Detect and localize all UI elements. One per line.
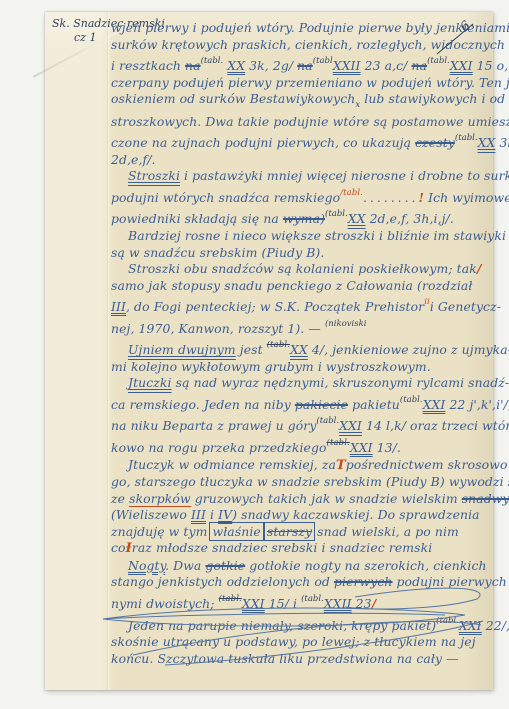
text-segment-under: XXI <box>459 618 482 633</box>
text-segment: pośrednictwem skrosowo lepsze- <box>346 457 509 472</box>
text-segment-under: XX <box>227 58 245 73</box>
text-segment-under: XXI <box>242 596 265 611</box>
text-segment: są w snadźcu srebskim (Piudy B). <box>111 245 324 260</box>
text-segment-under: XX <box>478 135 496 150</box>
text-segment: 2d,e,f, 3h,i,j/. <box>366 211 454 226</box>
manuscript-line: III, do Fogi penteckiej; w S.K. Początek… <box>111 294 485 316</box>
text-segment: pakietu <box>348 397 400 412</box>
text-segment: 3k, 2g/ <box>245 58 297 73</box>
text-segment: stroszkowych. Dwa takie podujnie wtóre s… <box>111 114 509 129</box>
text-segment: 15 o,p/. Wy- <box>473 58 509 73</box>
text-segment-under: XXI <box>339 418 362 433</box>
manuscript-line: Stroszki obu snadźców są kolanieni poski… <box>111 261 485 278</box>
manuscript-line: Bardziej rosne i nieco większe stroszki … <box>111 228 485 245</box>
text-segment-supstrike: (tabl. <box>267 340 290 350</box>
manuscript-line: Jtuczyk w odmiance remskiej, zaTpośredni… <box>111 457 485 475</box>
text-segment-under: XXII <box>333 58 361 73</box>
text-segment: (Wieliszewo <box>111 507 191 522</box>
text-segment: snad wielski, a po nim <box>313 524 459 539</box>
text-segment-under: XX <box>348 211 366 226</box>
manuscript-line: końcu. Szczytowa tuskuła liku przedstwio… <box>111 651 485 668</box>
text-segment-strike: pakiecie <box>295 397 348 412</box>
text-segment: oskieniem od surków Bestawiykowych <box>111 91 355 106</box>
text-segment-sup: (tabl. <box>436 616 459 626</box>
manuscript-line: Jtuczki są nad wyraz nędznymi, skruszony… <box>111 375 485 392</box>
text-segment: czone na zujnach podujni pierwych, co uk… <box>111 135 415 150</box>
text-segment: podujni wtórych snadźca remskiego <box>111 190 340 205</box>
text-segment: 23 a,c/ <box>361 58 412 73</box>
text-segment: 23 <box>352 596 372 611</box>
text-segment: Ich wyimowe od- <box>424 190 509 205</box>
text-segment-under: Ujniem dwujnym <box>128 342 236 357</box>
manuscript-line: nymi dwoistych; (tabl.XXI 15/ i (tabl.XX… <box>111 591 485 613</box>
text-segment: kowo na rogu przeka przedzkiego <box>111 440 327 455</box>
manuscript-line: czone na zujnach podujni pierwych, co uk… <box>111 130 485 152</box>
manuscript-line: są w snadźcu srebskim (Piudy B). <box>111 245 485 262</box>
text-segment-strike: wyma) <box>283 211 325 226</box>
text-segment-supstrike: (tabl. <box>327 438 350 448</box>
text-segment: i Genetycz- <box>430 299 501 314</box>
text-segment: go, starszego tłuczyka w snadzie srebski… <box>111 474 509 489</box>
text-segment-strike: snadwy <box>462 491 509 506</box>
manuscript-line: Nogty. Dwa gotkie gotłokie nogty na szer… <box>111 558 485 575</box>
manuscript-line: Jeden na parupie niemały, szeroki, krępy… <box>111 613 485 635</box>
manuscript-line: kowo na rogu przeka przedzkiego(tabl.XXI… <box>111 435 485 457</box>
text-segment: gruzowych takich jak w snadzie wielskim <box>191 491 462 506</box>
text-segment: ze <box>111 491 129 506</box>
scanned-manuscript-screenshot: { "document": { "colors": { "paper": "#e… <box>0 0 509 709</box>
text-segment: gotłokie nogty na szerokich, cienkich <box>245 558 486 573</box>
text-segment: samo jak stopusy snadu penckiego z Całow… <box>111 278 473 293</box>
text-segment: , do Fogi penteckiej; w S.K. Początek Pr… <box>126 299 424 314</box>
manuscript-line: czerpany podujeń pierwy przemieniano w p… <box>111 75 485 92</box>
text-segment-sup: (tabl. <box>325 209 348 219</box>
text-segment-under: III <box>111 299 126 314</box>
manuscript-line: Stroszki i pastawżyki mniej więcej niero… <box>111 168 485 185</box>
text-segment-redmark: T <box>336 458 346 473</box>
manuscript-line: stango jenkistych oddzielonych od pierwy… <box>111 574 485 591</box>
text-segment: 4/, jenkieniowe zujno z ujmyka- <box>308 342 509 357</box>
text-segment: podujni pierwych <box>392 574 506 589</box>
manuscript-line: podujni wtórych snadźca remskiego/tabl..… <box>111 185 485 207</box>
manuscript-line: znajduję w tym właśnie starszy snad wiel… <box>111 524 485 541</box>
text-segment: na niku Beparta z prawej u góry <box>111 418 316 433</box>
text-segment: znajduję w tym <box>111 524 211 539</box>
text-segment: czerpany podujeń pierwy przemieniano w p… <box>111 75 509 90</box>
text-segment-box: właśnie <box>211 524 261 539</box>
text-segment: nej, 1970, Kanwon, rozszyt 1). — <box>111 321 325 336</box>
manuscript-line: coƗraz młodsze snadziec srebski i snadzi… <box>111 540 485 558</box>
manuscript-line: wjeń pierwy i podujeń wtóry. Podujnie pi… <box>111 20 485 37</box>
manuscript-line: skośnie utrącany u podstawy, po lewej; z… <box>111 634 485 651</box>
text-segment: i resztkach <box>111 58 185 73</box>
manuscript-line: powiedniki składają się na wyma)(tabl.XX… <box>111 206 485 228</box>
text-segment: są nad wyraz nędznymi, skruszonymi rylca… <box>172 375 509 390</box>
manuscript-line: mi kolejno wykłotowym grubym i wystroszk… <box>111 359 485 376</box>
text-segment: surków krętowych praskich, cienkich, roz… <box>111 37 509 52</box>
text-segment-sup: (tabl. <box>455 133 478 143</box>
manuscript-line: i resztkach na(tabl. XX 3k, 2g/ na(tablX… <box>111 53 485 75</box>
text-segment: 13/. <box>373 440 401 455</box>
text-segment-red: / <box>372 596 377 611</box>
text-segment: ca remskiego. Jeden na niby <box>111 397 295 412</box>
text-segment: końcu. Szczytowa tuskuła liku przedstwio… <box>111 651 446 666</box>
manuscript-line: go, starszego tłuczyka w snadzie srebski… <box>111 474 485 491</box>
text-segment: 2d,e,f/. <box>111 152 156 167</box>
text-segment-under: Nogty <box>128 558 165 573</box>
manuscript-page: Sk. Snadziec remski cz 1 6. wjeń pierwy … <box>45 12 493 690</box>
text-segment: co <box>111 540 126 555</box>
text-segment-red: / <box>477 261 482 276</box>
text-segment-under: XXII <box>324 596 352 611</box>
text-segment: lub stawiykowych i od <box>360 91 505 106</box>
manuscript-line: stroszkowych. Dwa takie podujnie wtóre s… <box>111 114 485 131</box>
text-segment: nymi dwoistych; <box>111 596 219 611</box>
text-segment: Stroszki obu snadźców są kolanieni poski… <box>128 261 477 276</box>
text-segment: 3h,i,j, <box>495 135 509 150</box>
text-segment-sup: (nikoviski <box>325 319 367 329</box>
text-segment: 14 l,k/ oraz trzeci wtór- <box>362 418 509 433</box>
text-segment-sup: (tabl. <box>400 395 423 405</box>
text-segment-dots: ........ <box>363 190 419 205</box>
text-segment: i <box>206 507 218 522</box>
text-segment-sup: (tabl. <box>201 56 224 66</box>
text-segment: i pastawżyki mniej więcej nierosne i dro… <box>180 168 509 183</box>
manuscript-line: 2d,e,f/. <box>111 152 485 169</box>
text-segment: stango jenkistych oddzielonych od <box>111 574 334 589</box>
manuscript-line: ca remskiego. Jeden na niby pakiecie pak… <box>111 392 485 414</box>
text-segment-redsup: /tabl. <box>340 188 363 198</box>
text-segment: powiedniki składają się na <box>111 211 283 226</box>
text-segment-sup: (tabl. <box>427 56 450 66</box>
manuscript-line: surków krętowych praskich, cienkich, roz… <box>111 37 485 54</box>
manuscript-line: na niku Beparta z prawej u góry(tabl.XXI… <box>111 413 485 435</box>
text-segment-sup: (tabl. <box>301 594 324 604</box>
text-segment: 22/, <box>482 618 509 633</box>
text-segment-under: XXI <box>423 397 446 412</box>
vertical-fold-crease <box>107 12 110 690</box>
text-segment-under: IV <box>218 507 232 522</box>
text-segment-redunder: skorpków <box>129 491 191 507</box>
manuscript-line: nej, 1970, Kanwon, rozszyt 1). — (nikovi… <box>111 316 485 338</box>
text-segment: 15/ i <box>265 596 301 611</box>
manuscript-text-body: wjeń pierwy i podujeń wtóry. Podujnie pi… <box>111 20 485 667</box>
text-segment: raz młodsze snadziec srebski i snadziec … <box>132 540 432 555</box>
manuscript-line: Ujniem dwujnym jest (tabl.XX 4/, jenkien… <box>111 337 485 359</box>
text-segment-under: Jtuczki <box>128 375 172 390</box>
text-segment-strike: gotkie <box>205 558 245 573</box>
text-segment: jest <box>236 342 267 357</box>
text-segment: Bardziej rosne i nieco większe stroszki … <box>128 228 506 243</box>
text-segment-under: XXI <box>450 58 473 73</box>
text-segment-supstrike: (tabl. <box>219 594 242 604</box>
text-segment-strike: na <box>297 58 313 73</box>
text-segment: skośnie utrącany u podstawy, po lewej; z… <box>111 634 476 649</box>
manuscript-line: ze skorpków gruzowych takich jak w snadz… <box>111 491 485 508</box>
text-segment: ) snadwy kaczawskiej. Do sprawdzenia <box>232 507 479 522</box>
text-segment: Jeden na parupie niemały, szeroki, krępy… <box>128 618 436 633</box>
text-segment-strike: czesty <box>415 135 455 150</box>
manuscript-line: (Wieliszewo III i IV) snadwy kaczawskiej… <box>111 507 485 524</box>
text-segment-under: III <box>191 507 206 522</box>
text-segment-sup: (tabl. <box>316 416 339 426</box>
text-segment: — <box>446 651 459 666</box>
text-segment-under: XX <box>290 342 308 357</box>
text-segment-under: Stroszki <box>128 168 180 183</box>
text-segment: . Dwa <box>165 558 205 573</box>
text-segment-strike: pierwych <box>334 574 392 589</box>
text-segment-boxstrike: starszy <box>266 524 313 539</box>
text-segment-strike: na <box>185 58 201 73</box>
text-segment: 22 j',k',i'/, drugi <box>445 397 509 412</box>
text-segment-sup: (tabl <box>313 56 333 66</box>
text-segment: Jtuczyk w odmiance remskiej, za <box>128 457 336 472</box>
manuscript-line: samo jak stopusy snadu penckiego z Całow… <box>111 278 485 295</box>
text-segment-under: XXI <box>350 440 373 455</box>
manuscript-line: oskieniem od surków Bestawiykowychx lub … <box>111 91 485 114</box>
text-segment: mi kolejno wykłotowym grubym i wystroszk… <box>111 359 431 374</box>
text-segment-strike: na <box>412 58 428 73</box>
text-segment: wjeń pierwy i podujeń wtóry. Podujnie pi… <box>111 20 509 35</box>
